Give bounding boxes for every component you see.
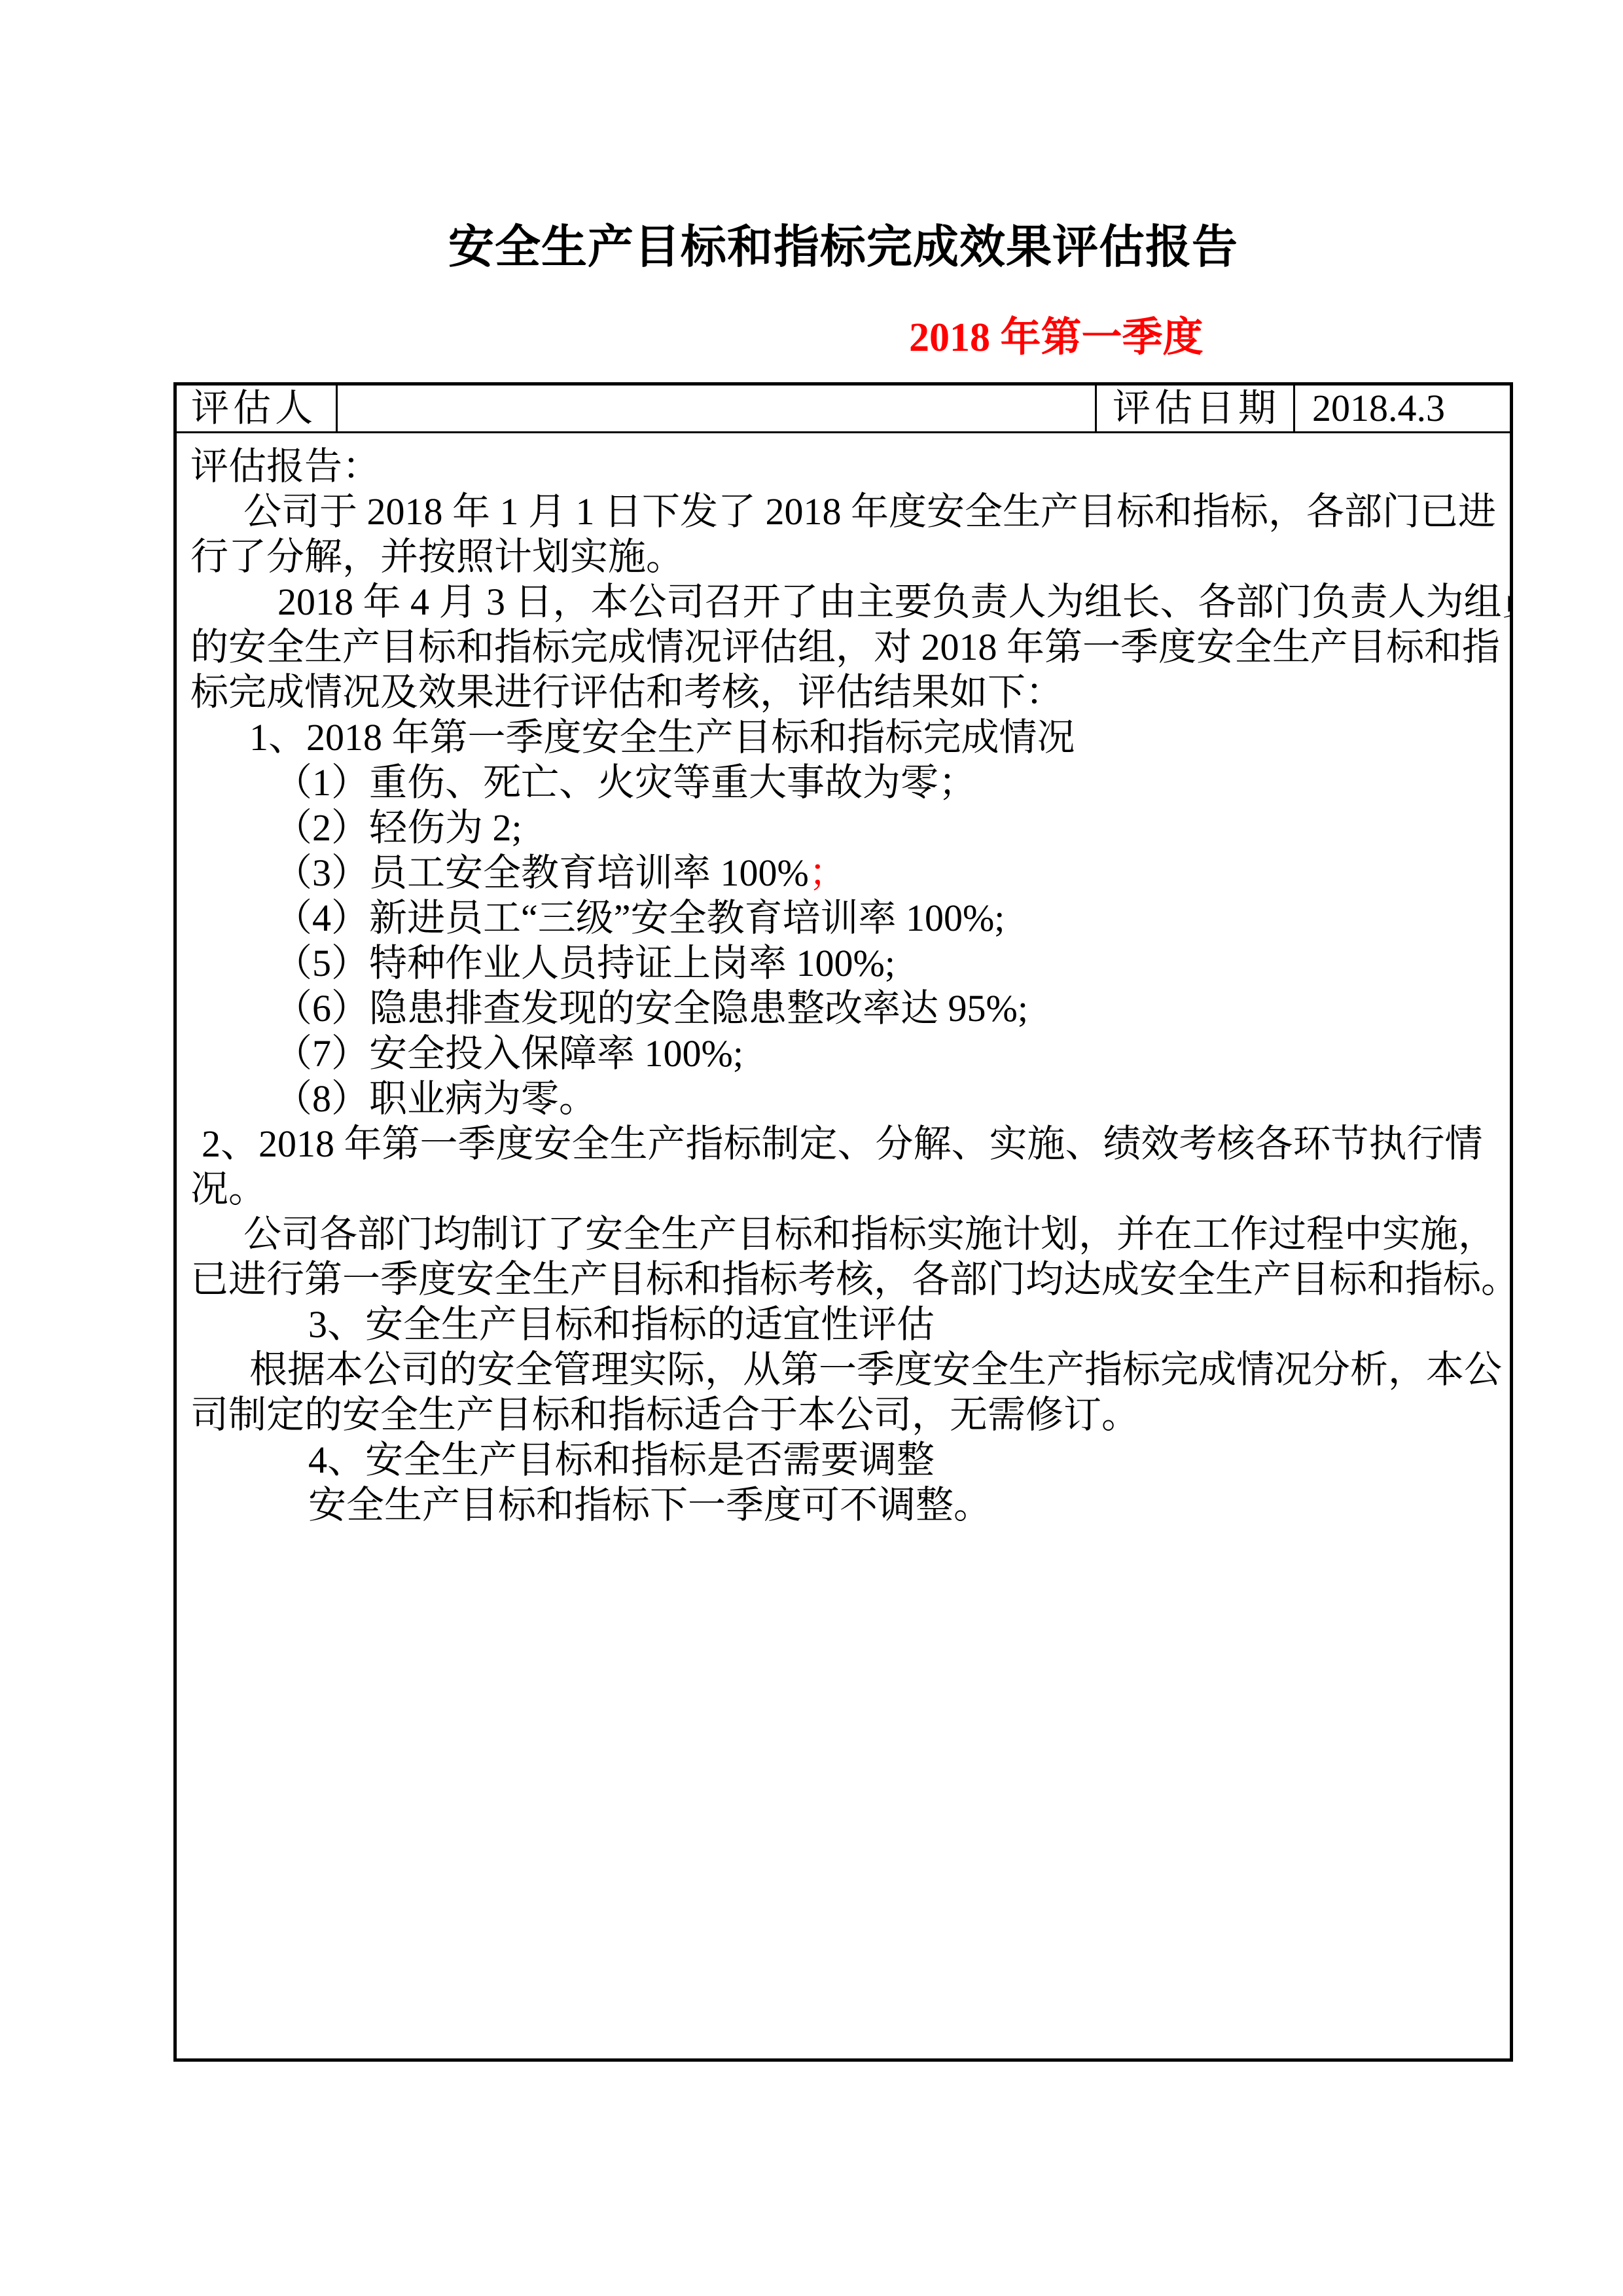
report-lines: 评估报告：公司于 2018 年 1 月 1 日下发了 2018 年度安全生产目标… [177, 433, 1510, 1528]
report-line: （3）员工安全教育培训率 100%； [190, 850, 1498, 895]
report-line: 4、安全生产目标和指标是否需要调整 [190, 1437, 1498, 1482]
report-text-segment: 公司各部门均制订了安全生产目标和指标实施计划，并在工作过程中实施， [243, 1213, 1496, 1255]
date-label-cell: 评估日期 [1097, 386, 1295, 431]
report-line: 评估报告： [190, 444, 1498, 489]
info-row: 评估人 评估日期 2018.4.3 [177, 386, 1510, 433]
report-line: 公司各部门均制订了安全生产目标和指标实施计划，并在工作过程中实施， [190, 1211, 1498, 1257]
report-line: 1、2018 年第一季度安全生产目标和指标完成情况 [190, 715, 1498, 760]
report-text-segment: 已进行第一季度安全生产目标和指标考核，各部门均达成安全生产目标和指标。 [190, 1258, 1510, 1300]
report-line: 3、安全生产目标和指标的适宜性评估 [190, 1302, 1498, 1347]
report-line: 2、2018 年第一季度安全生产指标制定、分解、实施、绩效考核各环节执行情 [190, 1121, 1498, 1166]
report-line: （2）轻伤为 2; [190, 805, 1498, 850]
report-line: 2018 年 4 月 3 日，本公司召开了由主要负责人为组长、各部门负责人为组员 [190, 579, 1498, 624]
report-text-segment: （4）新进员工“三级”安全教育培训率 100%; [274, 897, 1005, 939]
report-text-segment: 标完成情况及效果进行评估和考核，评估结果如下： [190, 671, 1063, 713]
report-text-segment: 1、2018 年第一季度安全生产目标和指标完成情况 [249, 716, 1075, 759]
report-text-segment: 行了分解，并按照计划实施。 [190, 535, 684, 578]
report-line: 已进行第一季度安全生产目标和指标考核，各部门均达成安全生产目标和指标。 [190, 1257, 1498, 1302]
document-page: 安全生产目标和指标完成效果评估报告 2018 年第一季度 评估人 评估日期 20… [0, 0, 1623, 2296]
report-line: （1）重伤、死亡、火灾等重大事故为零； [190, 760, 1498, 805]
report-text-segment: 况。 [190, 1168, 266, 1210]
report-line: 公司于 2018 年 1 月 1 日下发了 2018 年度安全生产目标和指标，各… [190, 489, 1498, 534]
report-line: 司制定的安全生产目标和指标适合于本公司，无需修订。 [190, 1392, 1498, 1437]
report-line: 的安全生产目标和指标完成情况评估组，对 2018 年第一季度安全生产目标和指 [190, 624, 1498, 670]
report-line: （5）特种作业人员持证上岗率 100%; [190, 941, 1498, 986]
report-text-segment: 公司于 2018 年 1 月 1 日下发了 2018 年度安全生产目标和指标，各… [243, 490, 1496, 533]
report-text-segment: （7）安全投入保障率 100%; [274, 1032, 743, 1075]
report-line: （4）新进员工“三级”安全教育培训率 100%; [190, 895, 1498, 941]
report-text-segment: （8）职业病为零。 [274, 1077, 597, 1120]
report-text-segment: 的安全生产目标和指标完成情况评估组，对 2018 年第一季度安全生产目标和指 [190, 626, 1500, 668]
report-text-segment: 4、安全生产目标和指标是否需要调整 [308, 1439, 935, 1481]
document-title: 安全生产目标和指标完成效果评估报告 [173, 220, 1513, 276]
report-text-segment: 2、2018 年第一季度安全生产指标制定、分解、实施、绩效考核各环节执行情 [202, 1122, 1483, 1165]
report-line: （7）安全投入保障率 100%; [190, 1031, 1498, 1076]
report-text-segment: （1）重伤、死亡、火灾等重大事故为零； [274, 761, 976, 804]
assessor-value-cell [338, 386, 1097, 431]
assessor-label-cell: 评估人 [177, 386, 338, 431]
report-text-segment: 安全生产目标和指标下一季度可不调整。 [308, 1484, 991, 1526]
document-subtitle: 2018 年第一季度 [909, 313, 1204, 363]
report-text-segment: 评估报告： [190, 445, 380, 488]
report-text-segment: （5）特种作业人员持证上岗率 100%; [274, 942, 895, 984]
report-line: （8）职业病为零。 [190, 1076, 1498, 1121]
evaluation-table: 评估人 评估日期 2018.4.3 评估报告：公司于 2018 年 1 月 1 … [173, 382, 1513, 2062]
report-line: 行了分解，并按照计划实施。 [190, 534, 1498, 579]
report-text-segment: 司制定的安全生产目标和指标适合于本公司，无需修订。 [190, 1393, 1139, 1436]
report-line: （6）隐患排查发现的安全隐患整改率达 95%; [190, 986, 1498, 1031]
report-line: 标完成情况及效果进行评估和考核，评估结果如下： [190, 670, 1498, 715]
report-text-segment: （6）隐患排查发现的安全隐患整改率达 95%; [274, 987, 1028, 1030]
report-text-segment: （2）轻伤为 2; [274, 806, 522, 849]
date-value-cell: 2018.4.3 [1295, 386, 1510, 431]
report-text-segment: 3、安全生产目标和指标的适宜性评估 [308, 1303, 935, 1346]
report-text-segment: 2018 年 4 月 3 日，本公司召开了由主要负责人为组长、各部门负责人为组员 [277, 581, 1510, 623]
report-line: 安全生产目标和指标下一季度可不调整。 [190, 1482, 1498, 1528]
report-text-segment: ； [809, 852, 847, 894]
report-text-segment: 根据本公司的安全管理实际，从第一季度安全生产指标完成情况分析，本公 [249, 1348, 1502, 1391]
report-text-segment: （3）员工安全教育培训率 100% [274, 852, 809, 894]
report-line: 况。 [190, 1166, 1498, 1211]
report-line: 根据本公司的安全管理实际，从第一季度安全生产指标完成情况分析，本公 [190, 1347, 1498, 1392]
